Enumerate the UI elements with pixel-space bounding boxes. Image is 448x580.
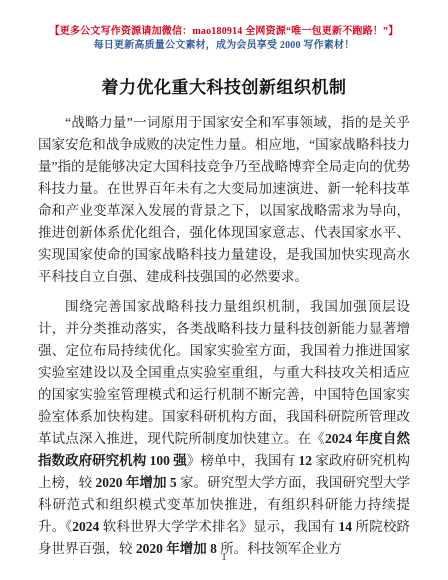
bold-text-run: 2020 年增加 5 [96, 475, 177, 490]
watermark-line-1: 【更多公文写作资源请加微信：mao180914 全网资源“唯一包更新不跑路！”】 [0, 25, 448, 38]
document-page: 【更多公文写作资源请加微信：mao180914 全网资源“唯一包更新不跑路！”】… [0, 0, 448, 580]
document-title: 着力优化重大科技创新组织机制 [30, 76, 418, 100]
bold-text-run: 12 [298, 453, 312, 468]
text-run: 软科世界大学学术排名》显示，我国有 [99, 519, 338, 534]
text-run: 》榜单中，我国有 [187, 453, 299, 468]
watermark-line-2: 每日更新高质量公文素材，成为会员享受 2000 写作素材！ [0, 39, 448, 52]
bold-text-run: 2024 [72, 519, 99, 534]
text-run: 围绕完善国家战略科技力量组织机制，我国加强顶层设计，并分类推动落实，各类战略科技… [38, 299, 410, 446]
document-body: “战略力量”一词原用于国家安全和军事领域，指的是关乎国家安危和战争成败的决定性力… [38, 112, 410, 560]
bold-text-run: 14 [339, 519, 353, 534]
text-run: “战略力量”一词原用于国家安全和军事领域，指的是关乎国家安危和战争成败的决定性力… [38, 115, 410, 284]
paragraph: “战略力量”一词原用于国家安全和军事领域，指的是关乎国家安危和战争成败的决定性力… [38, 112, 410, 288]
paragraph: 围绕完善国家战略科技力量组织机制，我国加强顶层设计，并分类推动落实，各类战略科技… [38, 296, 410, 560]
page-number: 1 [0, 550, 448, 564]
watermark-header: 【更多公文写作资源请加微信：mao180914 全网资源“唯一包更新不跑路！”】… [0, 0, 448, 52]
